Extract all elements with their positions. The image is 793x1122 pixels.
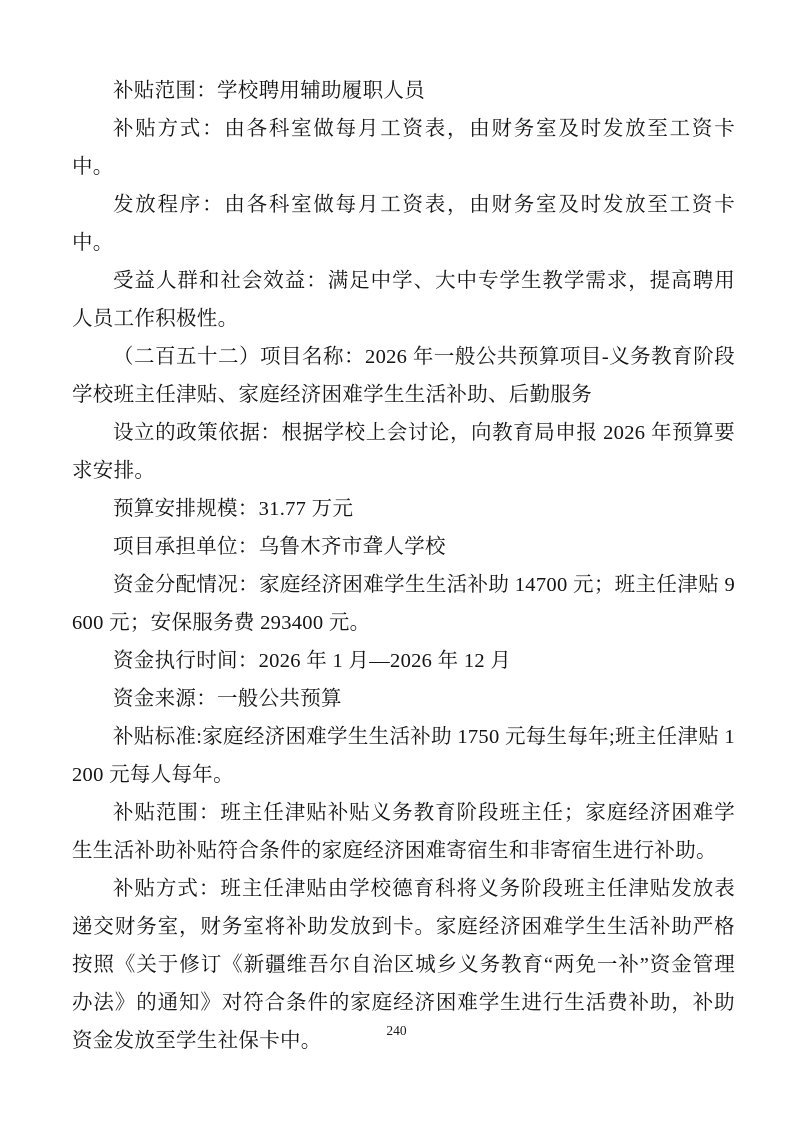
page-footer: 240 [0, 1022, 793, 1040]
paragraph-subsidy-scope-2: 补贴范围：班主任津贴补贴义务教育阶段班主任；家庭经济困难学生生活补助补贴符合条件… [72, 794, 735, 870]
paragraph-execution-period: 资金执行时间：2026 年 1 月—2026 年 12 月 [72, 642, 735, 680]
paragraph-issuance-procedure: 发放程序：由各科室做每月工资表，由财务室及时发放至工资卡中。 [72, 186, 735, 262]
page-number: 240 [386, 1023, 406, 1038]
paragraph-beneficiaries: 受益人群和社会效益：满足中学、大中专学生教学需求，提高聘用人员工作积极性。 [72, 262, 735, 338]
paragraph-subsidy-standard: 补贴标准:家庭经济困难学生生活补助 1750 元每生每年;班主任津贴 1200 … [72, 718, 735, 794]
paragraph-budget-scale: 预算安排规模：31.77 万元 [72, 490, 735, 528]
paragraph-policy-basis: 设立的政策依据：根据学校上会讨论，向教育局申报 2026 年预算要求安排。 [72, 414, 735, 490]
document-body: 补贴范围：学校聘用辅助履职人员 补贴方式：由各科室做每月工资表，由财务室及时发放… [72, 72, 735, 1060]
paragraph-subsidy-method: 补贴方式：由各科室做每月工资表，由财务室及时发放至工资卡中。 [72, 110, 735, 186]
document-page: 补贴范围：学校聘用辅助履职人员 补贴方式：由各科室做每月工资表，由财务室及时发放… [0, 0, 793, 1122]
paragraph-fund-allocation: 资金分配情况：家庭经济困难学生生活补助 14700 元；班主任津贴 9600 元… [72, 566, 735, 642]
paragraph-fund-source: 资金来源：一般公共预算 [72, 680, 735, 718]
paragraph-project-name: （二百五十二）项目名称：2026 年一般公共预算项目-义务教育阶段学校班主任津贴… [72, 338, 735, 414]
paragraph-undertaking-unit: 项目承担单位：乌鲁木齐市聋人学校 [72, 528, 735, 566]
paragraph-subsidy-scope: 补贴范围：学校聘用辅助履职人员 [72, 72, 735, 110]
